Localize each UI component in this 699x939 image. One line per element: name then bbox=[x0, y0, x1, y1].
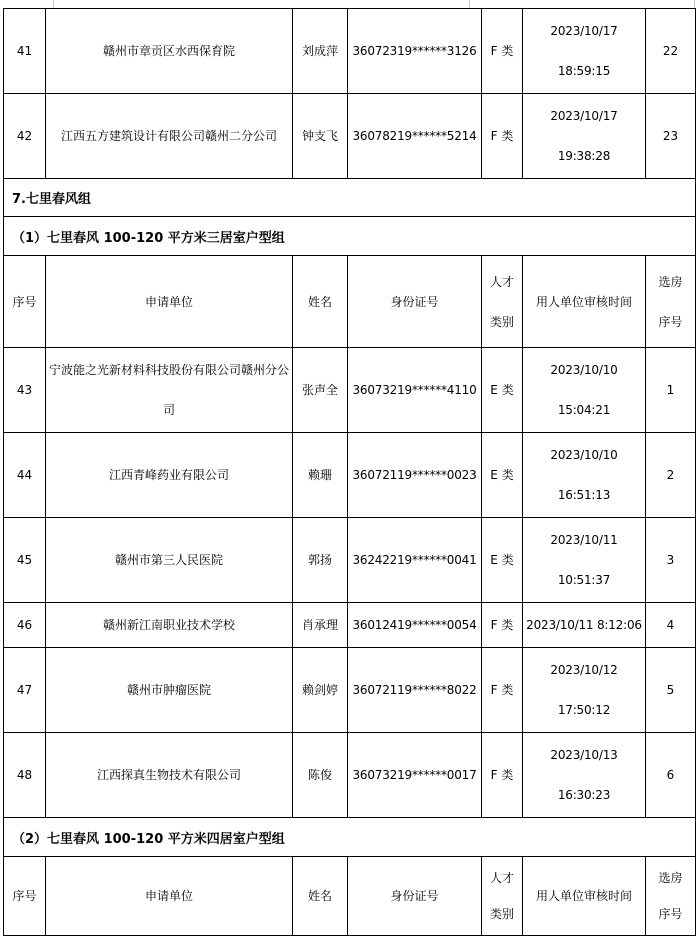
rows-subgroup1-section: 43 宁波能之光新材料科技股份有限公司赣州分公司 张声全 36073219***… bbox=[4, 348, 696, 818]
name-cell: 赖珊 bbox=[293, 433, 348, 518]
rows-continued-section: 41 赣州市章贡区水西保育院 刘成萍 36072319******3126 F … bbox=[4, 9, 696, 179]
subgroup2-title-row: （2）七里春风 100-120 平方米四居室户型组 bbox=[4, 818, 696, 857]
review-time-cell: 2023/10/1110:51:37 bbox=[523, 518, 646, 603]
header-serial: 序号 bbox=[4, 857, 46, 936]
serial-cell: 45 bbox=[4, 518, 46, 603]
review-time-line: 2023/10/11 bbox=[526, 520, 642, 560]
pick-number-cell: 1 bbox=[646, 348, 696, 433]
header-category: 人才 类别 bbox=[482, 256, 523, 348]
review-time-cell: 2023/10/1217:50:12 bbox=[523, 648, 646, 733]
pick-number-cell: 4 bbox=[646, 603, 696, 648]
subgroup2-title: （2）七里春风 100-120 平方米四居室户型组 bbox=[4, 818, 696, 857]
header-name: 姓名 bbox=[293, 857, 348, 936]
review-time-cell: 2023/10/1016:51:13 bbox=[523, 433, 646, 518]
category-cell: F 类 bbox=[482, 648, 523, 733]
group-title-row: 7.七里春风组 bbox=[4, 179, 696, 217]
table-row: 46 赣州新江南职业技术学校 肖承理 36012419******0054 F … bbox=[4, 603, 696, 648]
header-review-time: 用人单位审核时间 bbox=[523, 857, 646, 936]
group-title: 7.七里春风组 bbox=[4, 179, 696, 217]
pick-number-cell: 5 bbox=[646, 648, 696, 733]
header-id-number: 身份证号 bbox=[348, 256, 482, 348]
header-pick-number: 选房 序号 bbox=[646, 857, 696, 936]
pick-number-cell: 23 bbox=[646, 94, 696, 179]
company-cell: 赣州市第三人民医院 bbox=[46, 518, 293, 603]
serial-cell: 44 bbox=[4, 433, 46, 518]
header-serial: 序号 bbox=[4, 256, 46, 348]
serial-cell: 43 bbox=[4, 348, 46, 433]
serial-cell: 46 bbox=[4, 603, 46, 648]
serial-cell: 41 bbox=[4, 9, 46, 94]
id-number-cell: 36073219******4110 bbox=[348, 348, 482, 433]
header-company: 申请单位 bbox=[46, 256, 293, 348]
id-number-cell: 36242219******0041 bbox=[348, 518, 482, 603]
header-section-1: 序号 申请单位 姓名 身份证号 人才 类别 用人单位审核时间 选房 序号 bbox=[4, 256, 696, 348]
applicant-table: 41 赣州市章贡区水西保育院 刘成萍 36072319******3126 F … bbox=[3, 8, 696, 936]
pick-number-cell: 3 bbox=[646, 518, 696, 603]
review-time-line: 16:30:23 bbox=[526, 775, 642, 815]
company-cell: 宁波能之光新材料科技股份有限公司赣州分公司 bbox=[46, 348, 293, 433]
id-number-cell: 36078219******5214 bbox=[348, 94, 482, 179]
pick-number-cell: 6 bbox=[646, 733, 696, 818]
name-cell: 钟支飞 bbox=[293, 94, 348, 179]
category-cell: E 类 bbox=[482, 433, 523, 518]
table-row: 42 江西五方建筑设计有限公司赣州二分公司 钟支飞 36078219******… bbox=[4, 94, 696, 179]
category-cell: F 类 bbox=[482, 733, 523, 818]
table-row: 48 江西探真生物技术有限公司 陈俊 36073219******0017 F … bbox=[4, 733, 696, 818]
name-cell: 肖承理 bbox=[293, 603, 348, 648]
company-cell: 江西五方建筑设计有限公司赣州二分公司 bbox=[46, 94, 293, 179]
review-time-line: 10:51:37 bbox=[526, 560, 642, 600]
review-time-line: 2023/10/13 bbox=[526, 735, 642, 775]
name-cell: 陈俊 bbox=[293, 733, 348, 818]
serial-cell: 48 bbox=[4, 733, 46, 818]
column-header-row: 序号 申请单位 姓名 身份证号 人才 类别 用人单位审核时间 选房 序号 bbox=[4, 857, 696, 936]
review-time-line: 2023/10/11 8:12:06 bbox=[526, 605, 642, 645]
review-time-line: 15:04:21 bbox=[526, 390, 642, 430]
review-time-line: 2023/10/17 bbox=[526, 11, 642, 51]
table-row: 43 宁波能之光新材料科技股份有限公司赣州分公司 张声全 36073219***… bbox=[4, 348, 696, 433]
review-time-cell: 2023/10/1718:59:15 bbox=[523, 9, 646, 94]
id-number-cell: 36073219******0017 bbox=[348, 733, 482, 818]
header-review-time: 用人单位审核时间 bbox=[523, 256, 646, 348]
header-pick-number: 选房 序号 bbox=[646, 256, 696, 348]
review-time-cell: 2023/10/1719:38:28 bbox=[523, 94, 646, 179]
name-cell: 刘成萍 bbox=[293, 9, 348, 94]
id-number-cell: 36072119******0023 bbox=[348, 433, 482, 518]
review-time-line: 2023/10/10 bbox=[526, 350, 642, 390]
subgroup2-title-section: （2）七里春风 100-120 平方米四居室户型组 bbox=[4, 818, 696, 857]
id-number-cell: 36072319******3126 bbox=[348, 9, 482, 94]
table-row: 45 赣州市第三人民医院 郭扬 36242219******0041 E 类 2… bbox=[4, 518, 696, 603]
review-time-line: 16:51:13 bbox=[526, 475, 642, 515]
review-time-line: 2023/10/10 bbox=[526, 435, 642, 475]
header-section-2: 序号 申请单位 姓名 身份证号 人才 类别 用人单位审核时间 选房 序号 bbox=[4, 857, 696, 936]
id-number-cell: 36012419******0054 bbox=[348, 603, 482, 648]
category-cell: F 类 bbox=[482, 94, 523, 179]
header-id-number: 身份证号 bbox=[348, 857, 482, 936]
category-cell: F 类 bbox=[482, 9, 523, 94]
review-time-line: 18:59:15 bbox=[526, 51, 642, 91]
category-cell: E 类 bbox=[482, 518, 523, 603]
category-cell: F 类 bbox=[482, 603, 523, 648]
header-name: 姓名 bbox=[293, 256, 348, 348]
company-cell: 赣州新江南职业技术学校 bbox=[46, 603, 293, 648]
name-cell: 张声全 bbox=[293, 348, 348, 433]
group-title-section: 7.七里春风组 （1）七里春风 100-120 平方米三居室户型组 bbox=[4, 179, 696, 256]
company-cell: 江西探真生物技术有限公司 bbox=[46, 733, 293, 818]
review-time-line: 2023/10/12 bbox=[526, 650, 642, 690]
name-cell: 郭扬 bbox=[293, 518, 348, 603]
pick-number-cell: 22 bbox=[646, 9, 696, 94]
review-time-cell: 2023/10/1316:30:23 bbox=[523, 733, 646, 818]
header-category: 人才 类别 bbox=[482, 857, 523, 936]
subgroup1-title: （1）七里春风 100-120 平方米三居室户型组 bbox=[4, 217, 696, 256]
name-cell: 赖剑婷 bbox=[293, 648, 348, 733]
review-time-line: 19:38:28 bbox=[526, 136, 642, 176]
review-time-line: 17:50:12 bbox=[526, 690, 642, 730]
pick-number-cell: 2 bbox=[646, 433, 696, 518]
company-cell: 赣州市章贡区水西保育院 bbox=[46, 9, 293, 94]
company-cell: 江西青峰药业有限公司 bbox=[46, 433, 293, 518]
document-page: { "document": { "colors": { "background"… bbox=[0, 0, 699, 939]
column-header-row: 序号 申请单位 姓名 身份证号 人才 类别 用人单位审核时间 选房 序号 bbox=[4, 256, 696, 348]
serial-cell: 47 bbox=[4, 648, 46, 733]
subgroup1-title-row: （1）七里春风 100-120 平方米三居室户型组 bbox=[4, 217, 696, 256]
table-row: 41 赣州市章贡区水西保育院 刘成萍 36072319******3126 F … bbox=[4, 9, 696, 94]
review-time-cell: 2023/10/11 8:12:06 bbox=[523, 603, 646, 648]
table-row: 44 江西青峰药业有限公司 赖珊 36072119******0023 E 类 … bbox=[4, 433, 696, 518]
id-number-cell: 36072119******8022 bbox=[348, 648, 482, 733]
category-cell: E 类 bbox=[482, 348, 523, 433]
serial-cell: 42 bbox=[4, 94, 46, 179]
review-time-cell: 2023/10/1015:04:21 bbox=[523, 348, 646, 433]
company-cell: 赣州市肿瘤医院 bbox=[46, 648, 293, 733]
header-company: 申请单位 bbox=[46, 857, 293, 936]
table-row: 47 赣州市肿瘤医院 赖剑婷 36072119******8022 F 类 20… bbox=[4, 648, 696, 733]
review-time-line: 2023/10/17 bbox=[526, 96, 642, 136]
